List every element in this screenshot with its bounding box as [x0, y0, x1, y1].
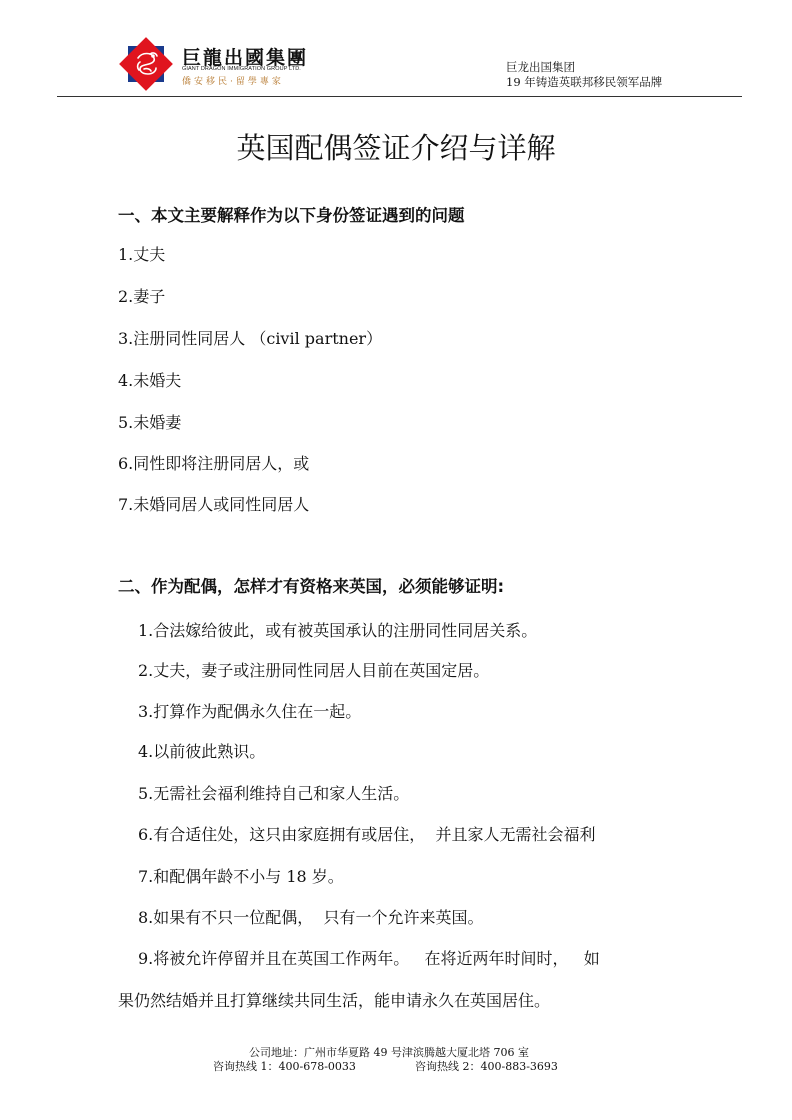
brand-slogan: 僑安移民·留學專家 — [182, 74, 284, 87]
section2-item: 9.将被允许停留并且在英国工作两年。 在将近两年时间时， 如 — [138, 946, 600, 969]
document-title: 英国配偶签证介绍与详解 — [0, 126, 792, 167]
section2-item: 1.合法嫁给彼此，或有被英国承认的注册同性同居关系。 — [138, 618, 537, 641]
section2-item: 3.打算作为配偶永久住在一起。 — [138, 699, 361, 722]
section2-item-continuation: 果仍然结婚并且打算继续共同生活，能申请永久在英国居住。 — [118, 988, 550, 1011]
section1-item: 3.注册同性同居人 （civil partner） — [118, 326, 382, 349]
section2-item: 7.和配偶年龄不小与 18 岁。 — [138, 864, 344, 887]
header-company-name: 巨龙出国集团 — [506, 60, 662, 75]
section1-item: 6.同性即将注册同居人，或 — [118, 451, 309, 474]
company-logo — [120, 38, 176, 94]
section1-item: 1.丈夫 — [118, 242, 165, 265]
section2-item: 5.无需社会福利维持自己和家人生活。 — [138, 781, 409, 804]
section1-item: 2.妻子 — [118, 284, 165, 307]
section1-item: 5.未婚妻 — [118, 410, 181, 433]
dragon-icon — [120, 38, 172, 90]
section2-item: 4.以前彼此熟识。 — [138, 739, 265, 762]
section2-item: 8.如果有不只一位配偶， 只有一个允许来英国。 — [138, 905, 483, 928]
section2-item: 2.丈夫，妻子或注册同性同居人目前在英国定居。 — [138, 658, 489, 681]
header-right-text: 巨龙出国集团 19 年铸造英联邦移民领军品牌 — [506, 60, 662, 90]
header-tagline: 19 年铸造英联邦移民领军品牌 — [506, 75, 662, 90]
header-divider — [57, 96, 742, 97]
section1-item: 4.未婚夫 — [118, 368, 181, 391]
section2-item: 6.有合适住处，这只由家庭拥有或居住， 并且家人无需社会福利 — [138, 822, 595, 845]
section1-item: 7.未婚同居人或同性同居人 — [118, 492, 309, 515]
section1-heading: 一、本文主要解释作为以下身份签证遇到的问题 — [118, 202, 465, 226]
brand-name-en: GIANT DRAGON IMMIGRATION GROUP LTD. — [182, 66, 301, 72]
footer-hotline-2: 咨询热线 2：400-883-3693 — [415, 1058, 792, 1074]
section2-heading: 二、作为配偶，怎样才有资格来英国，必须能够证明: — [118, 573, 504, 597]
